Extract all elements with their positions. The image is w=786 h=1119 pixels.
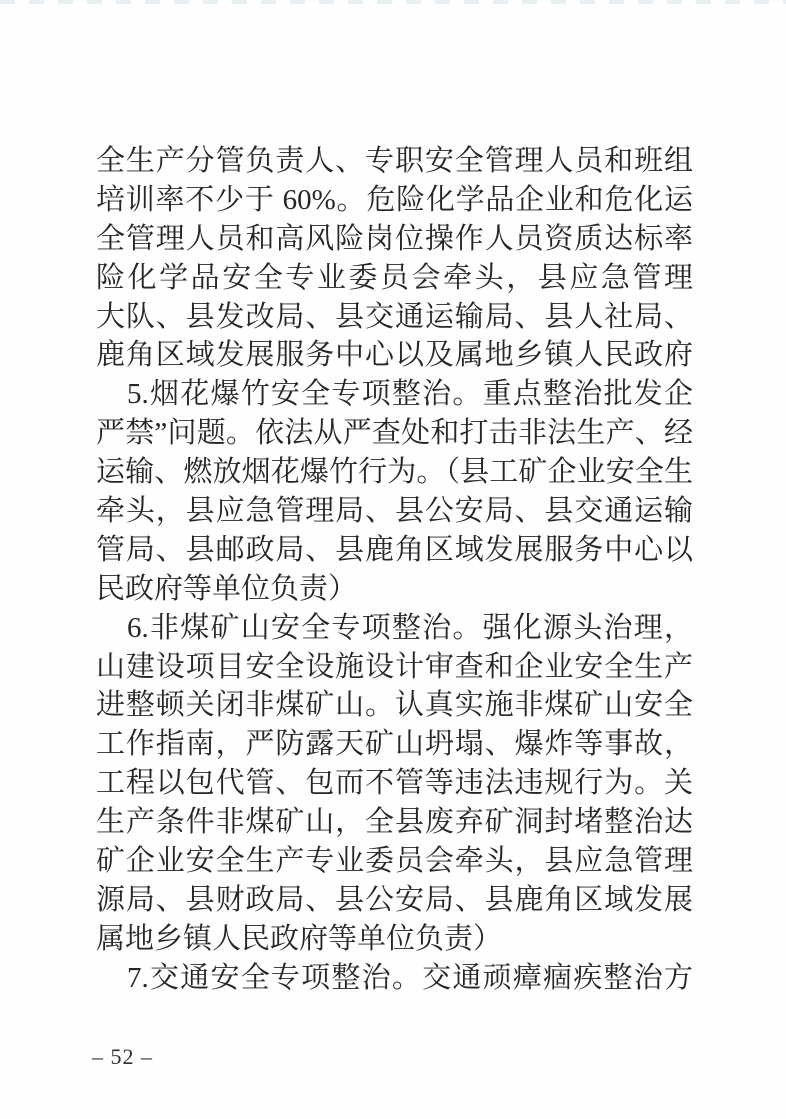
doc-line: 生产条件非煤矿山，全县废弃矿洞封堵整治达 100%。（县工 [96,803,693,842]
scanned-document-page: 全生产分管负责人、专职安全管理人员和班组长“三类人员” 培训率不少于 60%。危… [0,0,786,1119]
doc-line: 大队、县发改局、县交通运输局、县人社局、县科技局、县 [96,298,693,337]
document-body: 全生产分管负责人、专职安全管理人员和班组长“三类人员” 培训率不少于 60%。危… [96,142,693,998]
doc-line: 5.烟花爆竹安全专项整治。重点整治批发企业违反“六 [96,375,693,414]
doc-line: 山建设项目安全设施设计审查和企业安全生产许可，深入推 [96,648,693,687]
doc-line: 矿企业安全生产专业委员会牵头，县应急管理局、县自然资 [96,842,693,881]
doc-line: 全生产分管负责人、专职安全管理人员和班组长“三类人员” [96,142,693,181]
doc-line: 险化学品安全专业委员会牵头，县应急管理局、县消防救援 [96,259,693,298]
doc-line: 工程以包代管、包而不管等违法违规行为。关闭不具备安全 [96,764,693,803]
doc-line: 6.非煤矿山安全专项整治。强化源头治理，严格非煤矿 [96,609,693,648]
doc-line: 工作指南，严防露天矿山坍塌、爆炸等事故，严厉打击外包 [96,725,693,764]
doc-line: 源局、县财政局、县公安局、县鹿角区域发展服务中心以及 [96,881,693,920]
doc-line: 进整顿关闭非煤矿山。认真实施非煤矿山安全风险分级管控 [96,686,693,725]
doc-line: 民政府等单位负责） [96,570,693,609]
page-number: – 52 – [92,1044,153,1070]
doc-line: 7.交通安全专项整治。交通顽瘴痼疾整治方面：深入实 [96,959,693,998]
doc-line: 运输、燃放烟花爆竹行为。（县工矿企业安全生产专业委员会 [96,453,693,492]
doc-line: 全管理人员和高风险岗位操作人员资质达标率 100%。（县危 [96,220,693,259]
doc-line: 管局、县邮政局、县鹿角区域发展服务中心以及属地乡镇人 [96,531,693,570]
doc-line: 属地乡镇人民政府等单位负责） [96,920,693,959]
doc-line: 严禁”问题。依法从严查处和打击非法生产、经营、储存、 [96,414,693,453]
doc-line: 鹿角区域发展服务中心以及属地乡镇人民政府等单位负责） [96,336,693,375]
doc-line: 牵头，县应急管理局、县公安局、县交通运输局、县市场监 [96,492,693,531]
doc-line: 培训率不少于 60%。危险化学品企业和危化运输企业专职安 [96,181,693,220]
scan-artifact-top [0,0,786,4]
